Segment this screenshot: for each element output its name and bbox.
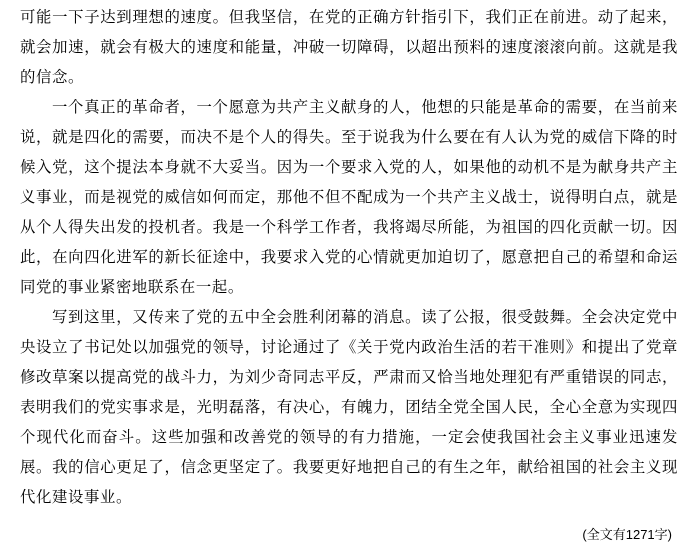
- paragraph-1: 可能一下子达到理想的速度。但我坚信，在党的正确方针指引下，我们正在前进。动了起来…: [20, 2, 678, 92]
- paragraph-3: 写到这里，又传来了党的五中全会胜利闭幕的消息。读了公报，很受鼓舞。全会决定党中央…: [20, 302, 678, 512]
- article-body: 可能一下子达到理想的速度。但我坚信，在党的正确方针指引下，我们正在前进。动了起来…: [20, 2, 678, 512]
- word-count-note: (全文有1271字): [582, 524, 672, 543]
- paragraph-2: 一个真正的革命者，一个愿意为共产主义献身的人，他想的只能是革命的需要，在当前来说…: [20, 92, 678, 302]
